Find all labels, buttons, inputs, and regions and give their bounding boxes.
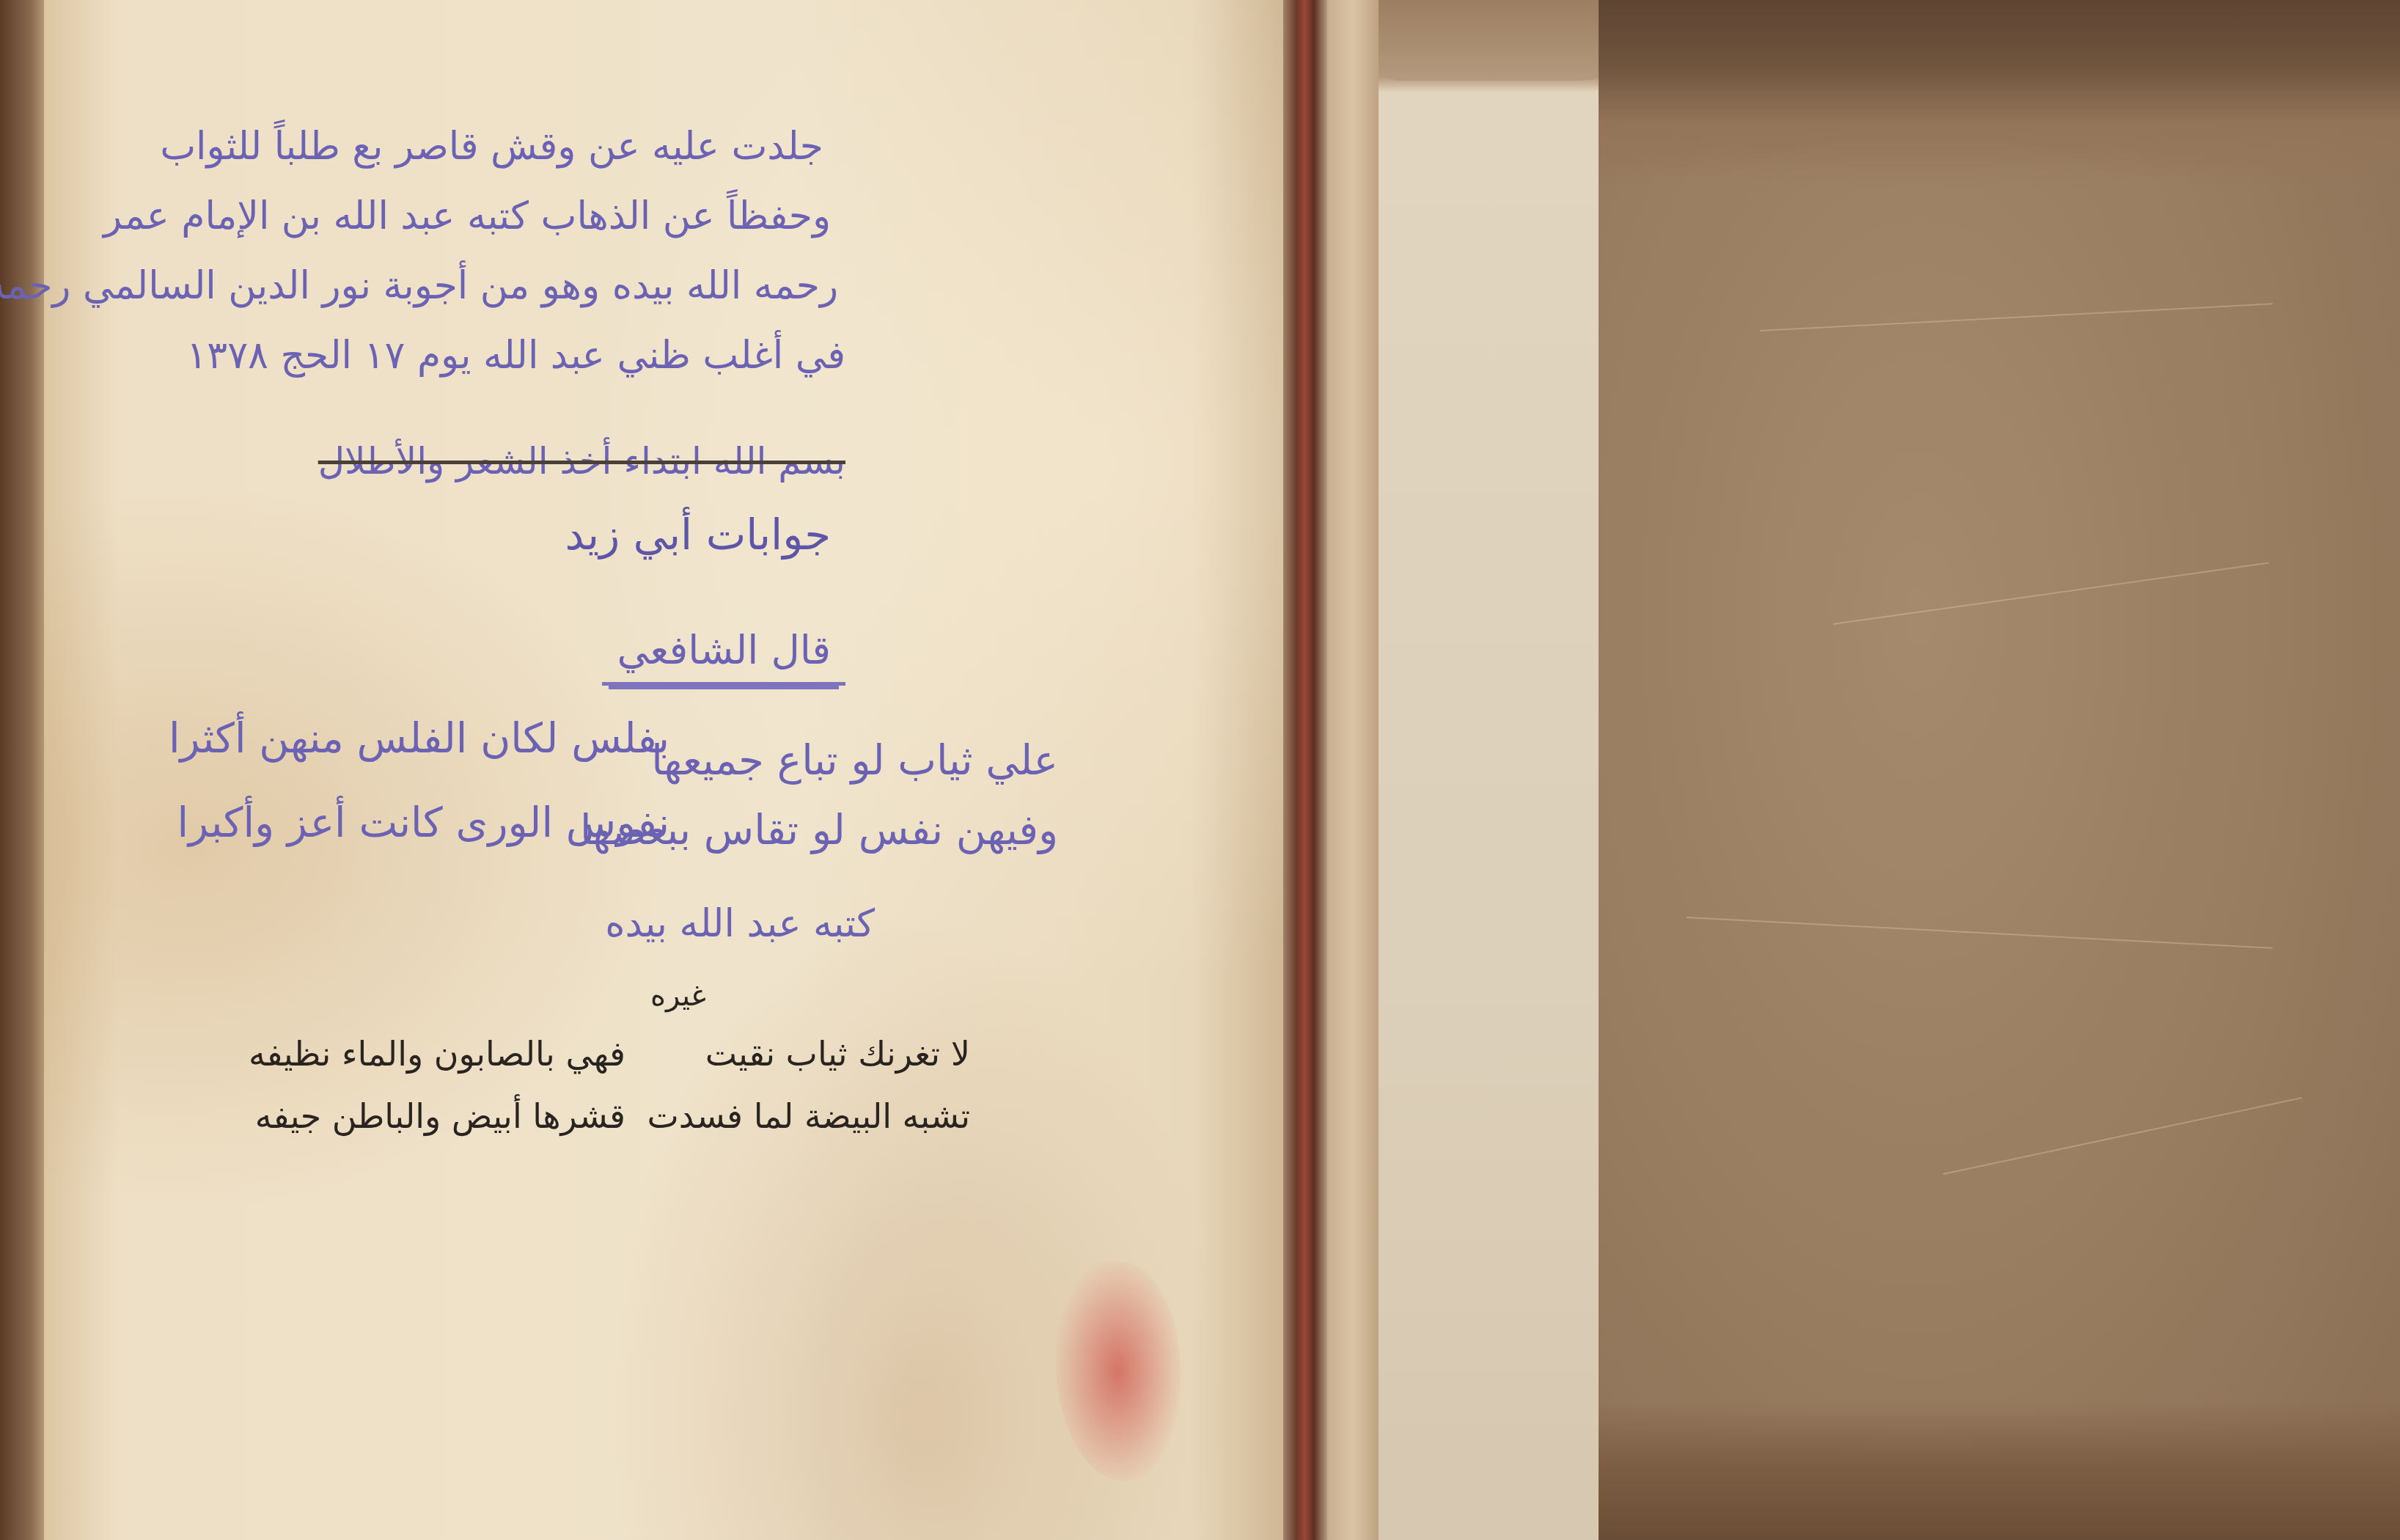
poem1-verse1-right: علي ثياب لو تباع جميعها (651, 737, 1058, 785)
poem2-verse2-right: تشبه البيضة لما فسدت (647, 1096, 970, 1136)
note-line-3: رحمه الله بيده وهو من أجوبة نور الدين ال… (0, 264, 838, 308)
poem2-verse1-right: لا تغرنك ثياب نقيت (705, 1034, 970, 1074)
pastedown-stain (1379, 0, 1621, 81)
label-other: غيره (650, 979, 706, 1013)
poem2-verse2-left: قشرها أبيض والباطن جيفه (255, 1096, 625, 1136)
brown-cover (1599, 0, 2400, 1540)
note-line-2: وحفظاً عن الذهاب كتبه عبد الله بن الإمام… (103, 194, 831, 238)
poem1-verse1-left: بفلس لكان الفلس منهن أكثرا (169, 715, 669, 763)
title: جوابات أبي زيد (565, 510, 831, 560)
note-line-4-date: في أغلب ظني عبد الله يوم ١٧ الحج ١٣٧٨ (186, 334, 845, 378)
hinge-strip (1327, 0, 1379, 1540)
poem2-verse1-left: فهي بالصابون والماء نظيفه (249, 1034, 625, 1074)
spine-gutter (1283, 0, 1327, 1540)
poem1-verse2-left: نفوس الورى كانت أعز وأكبرا (177, 799, 669, 847)
pastedown-paper (1379, 0, 1621, 1540)
note-line-1: جلدت عليه عن وقش قاصر بع طلباً للثواب (160, 125, 823, 169)
section-heading: قال الشافعي (602, 627, 845, 686)
signature: كتبه عبد الله بيده (605, 902, 875, 946)
struck-title: بسم الله ابتداء أخذ الشعر والأطلال (318, 440, 845, 483)
